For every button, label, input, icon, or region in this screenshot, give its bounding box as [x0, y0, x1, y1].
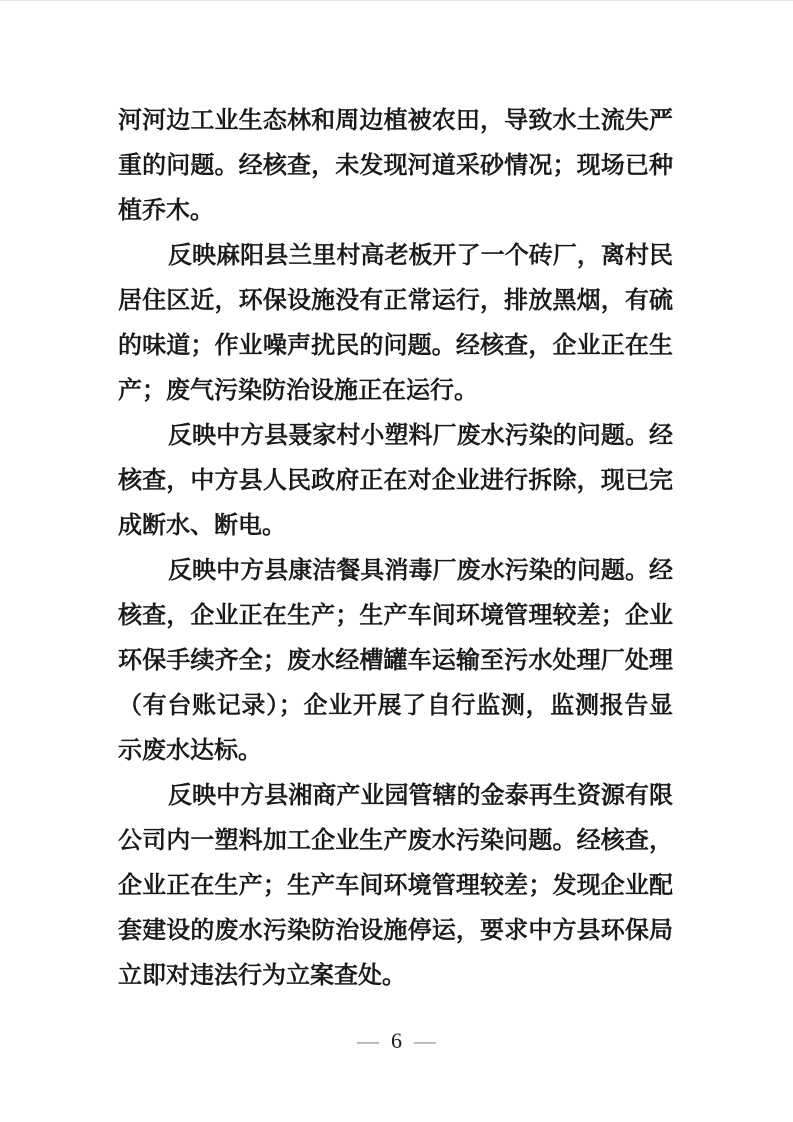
text-line: 示废水达标。	[118, 729, 673, 774]
text-line: 核查，中方县人民政府正在对企业进行拆除，现已完	[118, 459, 673, 504]
text-line: 河河边工业生态林和周边植被农田，导致水土流失严	[118, 99, 673, 144]
text-line: 公司内一塑料加工企业生产废水污染问题。经核查，	[118, 819, 673, 864]
footer-dash-left: —	[357, 1028, 379, 1053]
text-line: 重的问题。经核查，未发现河道采砂情况；现场已种	[118, 144, 673, 189]
footer-dash-right: —	[414, 1028, 436, 1053]
text-line: 产；废气污染防治设施正在运行。	[118, 369, 673, 414]
text-line: 环保手续齐全；废水经槽罐车运输至污水处理厂处理	[118, 639, 673, 684]
text-line: 企业正在生产；生产车间环境管理较差；发现企业配	[118, 864, 673, 909]
page-number: 6	[391, 1027, 402, 1055]
text-line: 反映中方县聂家村小塑料厂废水污染的问题。经	[118, 414, 673, 459]
document-page: { "page": { "background": "#ffffff", "te…	[0, 0, 793, 1122]
page-footer: —6—	[0, 1027, 793, 1055]
paragraph: 反映中方县康洁餐具消毒厂废水污染的问题。经核查，企业正在生产；生产车间环境管理较…	[118, 549, 673, 774]
text-line: 反映中方县湘商产业园管辖的金泰再生资源有限	[118, 774, 673, 819]
text-line: 反映麻阳县兰里村高老板开了一个砖厂，离村民	[118, 234, 673, 279]
text-line: 套建设的废水污染防治设施停运，要求中方县环保局	[118, 909, 673, 954]
text-line: 植乔木。	[118, 189, 673, 234]
text-line: 成断水、断电。	[118, 504, 673, 549]
paragraph: 河河边工业生态林和周边植被农田，导致水土流失严重的问题。经核查，未发现河道采砂情…	[118, 99, 673, 234]
text-line: 的味道；作业噪声扰民的问题。经核查，企业正在生	[118, 324, 673, 369]
paragraph: 反映麻阳县兰里村高老板开了一个砖厂，离村民居住区近，环保设施没有正常运行，排放黑…	[118, 234, 673, 414]
paragraph: 反映中方县湘商产业园管辖的金泰再生资源有限公司内一塑料加工企业生产废水污染问题。…	[118, 774, 673, 999]
text-line: （有台账记录）；企业开展了自行监测，监测报告显	[118, 684, 673, 729]
text-line: 居住区近，环保设施没有正常运行，排放黑烟，有硫	[118, 279, 673, 324]
document-body: 河河边工业生态林和周边植被农田，导致水土流失严重的问题。经核查，未发现河道采砂情…	[118, 99, 673, 999]
text-line: 立即对违法行为立案查处。	[118, 954, 673, 999]
text-line: 核查，企业正在生产；生产车间环境管理较差；企业	[118, 594, 673, 639]
paragraph: 反映中方县聂家村小塑料厂废水污染的问题。经核查，中方县人民政府正在对企业进行拆除…	[118, 414, 673, 549]
text-line: 反映中方县康洁餐具消毒厂废水污染的问题。经	[118, 549, 673, 594]
